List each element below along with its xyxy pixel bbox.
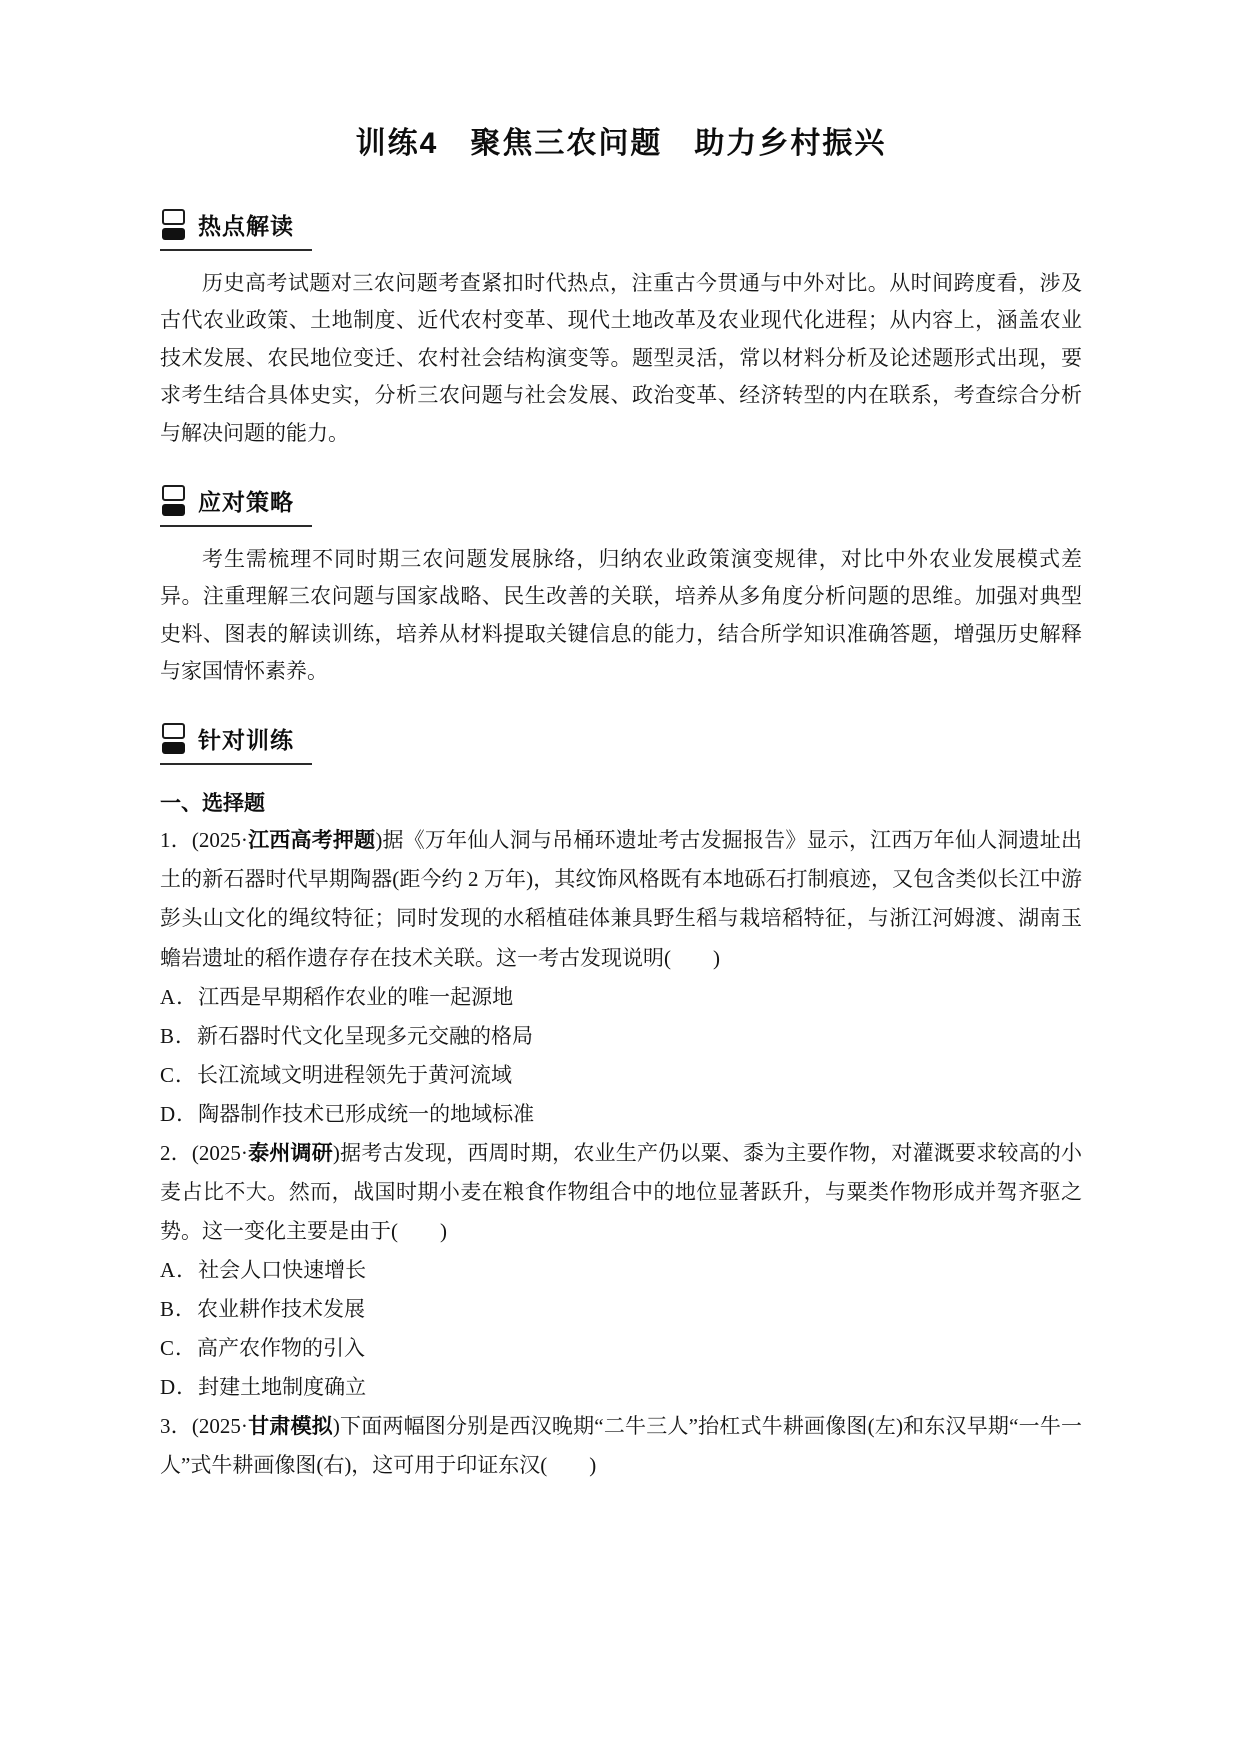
question-source-suffix: )	[333, 1414, 340, 1438]
question-source-prefix: (2025·	[192, 1141, 248, 1165]
section-paragraph: 历史高考试题对三农问题考查紧扣时代热点，注重古今贯通与中外对比。从时间跨度看，涉…	[160, 265, 1082, 452]
section-heading: 针对训练	[198, 722, 294, 755]
option-label: D．	[160, 1102, 198, 1126]
book-marker-icon	[162, 209, 185, 240]
option-label: A．	[160, 985, 198, 1009]
question-number: 1．	[160, 828, 192, 852]
question-stem: 3．(2025·甘肃模拟)下面两幅图分别是西汉晚期“二牛三人”抬杠式牛耕画像图(…	[160, 1407, 1082, 1485]
option-text: 长江流域文明进程领先于黄河流域	[197, 1063, 512, 1087]
question-stem: 2．(2025·泰州调研)据考古发现，西周时期，农业生产仍以粟、黍为主要作物，对…	[160, 1134, 1082, 1251]
option-label: B．	[160, 1024, 197, 1048]
option-label: D．	[160, 1375, 198, 1399]
book-marker-icon	[162, 723, 185, 754]
section-header: 应对策略	[160, 482, 312, 527]
option-a: A．江西是早期稻作农业的唯一起源地	[160, 978, 1082, 1017]
option-label: C．	[160, 1336, 197, 1360]
question-source: 甘肃模拟	[248, 1415, 333, 1438]
question-source: 泰州调研	[248, 1142, 333, 1165]
option-text: 新石器时代文化呈现多元交融的格局	[197, 1024, 533, 1048]
option-text: 社会人口快速增长	[198, 1258, 366, 1282]
question-stem: 1．(2025·江西高考押题)据《万年仙人洞与吊桶环遗址考古发掘报告》显示，江西…	[160, 821, 1082, 977]
section-header: 热点解读	[160, 206, 312, 251]
option-a: A．社会人口快速增长	[160, 1251, 1082, 1290]
section-strategy: 应对策略 考生需梳理不同时期三农问题发展脉络，归纳农业政策演变规律，对比中外农业…	[160, 472, 1082, 691]
option-b: B．农业耕作技术发展	[160, 1290, 1082, 1329]
question-number: 3．	[160, 1414, 192, 1438]
option-label: C．	[160, 1063, 197, 1087]
question-source-prefix: (2025·	[192, 828, 248, 852]
option-b: B．新石器时代文化呈现多元交融的格局	[160, 1017, 1082, 1056]
document-page: 训练4 聚焦三农问题 助力乡村振兴 热点解读 历史高考试题对三农问题考查紧扣时代…	[0, 0, 1240, 1755]
question-3: 3．(2025·甘肃模拟)下面两幅图分别是西汉晚期“二牛三人”抬杠式牛耕画像图(…	[160, 1407, 1082, 1485]
option-d: D．陶器制作技术已形成统一的地域标准	[160, 1095, 1082, 1134]
option-text: 农业耕作技术发展	[197, 1297, 365, 1321]
option-text: 高产农作物的引入	[197, 1336, 365, 1360]
section-hotspot-analysis: 热点解读 历史高考试题对三农问题考查紧扣时代热点，注重古今贯通与中外对比。从时间…	[160, 196, 1082, 452]
part-label-multiple-choice: 一、选择题	[160, 787, 1082, 817]
option-c: C．高产农作物的引入	[160, 1329, 1082, 1368]
question-number: 2．	[160, 1141, 192, 1165]
option-text: 陶器制作技术已形成统一的地域标准	[198, 1102, 534, 1126]
section-header: 针对训练	[160, 720, 312, 765]
option-label: A．	[160, 1258, 198, 1282]
section-heading: 热点解读	[198, 208, 294, 241]
question-2: 2．(2025·泰州调研)据考古发现，西周时期，农业生产仍以粟、黍为主要作物，对…	[160, 1134, 1082, 1407]
option-text: 封建土地制度确立	[198, 1375, 366, 1399]
page-title: 训练4 聚焦三农问题 助力乡村振兴	[160, 118, 1082, 162]
option-text: 江西是早期稻作农业的唯一起源地	[198, 985, 513, 1009]
option-label: B．	[160, 1297, 197, 1321]
question-source-suffix: )	[333, 1141, 340, 1165]
book-marker-icon	[162, 485, 185, 516]
question-1: 1．(2025·江西高考押题)据《万年仙人洞与吊桶环遗址考古发掘报告》显示，江西…	[160, 821, 1082, 1133]
question-source-prefix: (2025·	[192, 1414, 248, 1438]
section-heading: 应对策略	[198, 484, 294, 517]
option-c: C．长江流域文明进程领先于黄河流域	[160, 1056, 1082, 1095]
option-d: D．封建土地制度确立	[160, 1368, 1082, 1407]
question-source: 江西高考押题	[248, 829, 375, 852]
section-practice: 针对训练 一、选择题 1．(2025·江西高考押题)据《万年仙人洞与吊桶环遗址考…	[160, 710, 1082, 1485]
section-paragraph: 考生需梳理不同时期三农问题发展脉络，归纳农业政策演变规律，对比中外农业发展模式差…	[160, 541, 1082, 691]
